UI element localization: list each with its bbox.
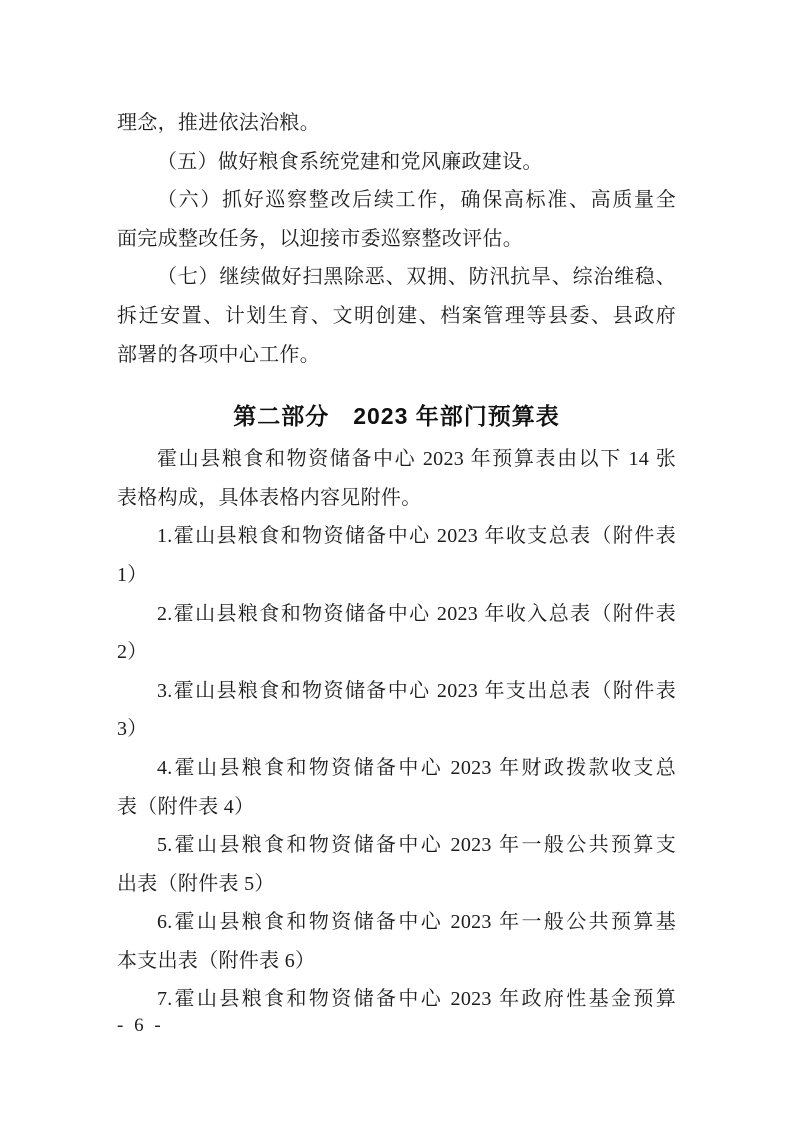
text-line: 理念，推进依法治粮。 — [117, 104, 676, 143]
text-line: 1.霍山县粮食和物资储备中心 2023 年收支总表（附件表 — [117, 517, 676, 556]
text-line: 1） — [117, 556, 676, 595]
text-line: （六）抓好巡察整改后续工作，确保高标准、高质量全 — [117, 181, 676, 220]
text-line: 4.霍山县粮食和物资储备中心 2023 年财政拨款收支总 — [117, 749, 676, 788]
text-line: 2.霍山县粮食和物资储备中心 2023 年收入总表（附件表 — [117, 595, 676, 634]
text-line: 出表（附件表 5） — [117, 865, 676, 904]
text-line: 3.霍山县粮食和物资储备中心 2023 年支出总表（附件表 — [117, 672, 676, 711]
text-line: （七）继续做好扫黑除恶、双拥、防汛抗旱、综治维稳、 — [117, 258, 676, 297]
text-line: 部署的各项中心工作。 — [117, 336, 676, 375]
text-line: 表（附件表 4） — [117, 788, 676, 827]
text-line: （五）做好粮食系统党建和党风廉政建设。 — [117, 143, 676, 182]
text-line: 霍山县粮食和物资储备中心 2023 年预算表由以下 14 张 — [117, 440, 676, 479]
text-line: 2） — [117, 633, 676, 672]
section-heading: 第二部分 2023 年部门预算表 — [117, 396, 676, 436]
text-line: 本支出表（附件表 6） — [117, 942, 676, 981]
text-line: 3） — [117, 710, 676, 749]
page-number: - 6 - — [117, 1014, 164, 1038]
text-line: 表格构成，具体表格内容见附件。 — [117, 479, 676, 518]
document-body: 理念，推进依法治粮。（五）做好粮食系统党建和党风廉政建设。（六）抓好巡察整改后续… — [117, 104, 676, 1019]
text-line: 5.霍山县粮食和物资储备中心 2023 年一般公共预算支 — [117, 826, 676, 865]
text-line: 7.霍山县粮食和物资储备中心 2023 年政府性基金预算 — [117, 980, 676, 1019]
document-page: 理念，推进依法治粮。（五）做好粮食系统党建和党风廉政建设。（六）抓好巡察整改后续… — [0, 0, 793, 1122]
text-line: 6.霍山县粮食和物资储备中心 2023 年一般公共预算基 — [117, 903, 676, 942]
text-line: 面完成整改任务，以迎接市委巡察整改评估。 — [117, 220, 676, 259]
text-line: 拆迁安置、计划生育、文明创建、档案管理等县委、县政府 — [117, 297, 676, 336]
